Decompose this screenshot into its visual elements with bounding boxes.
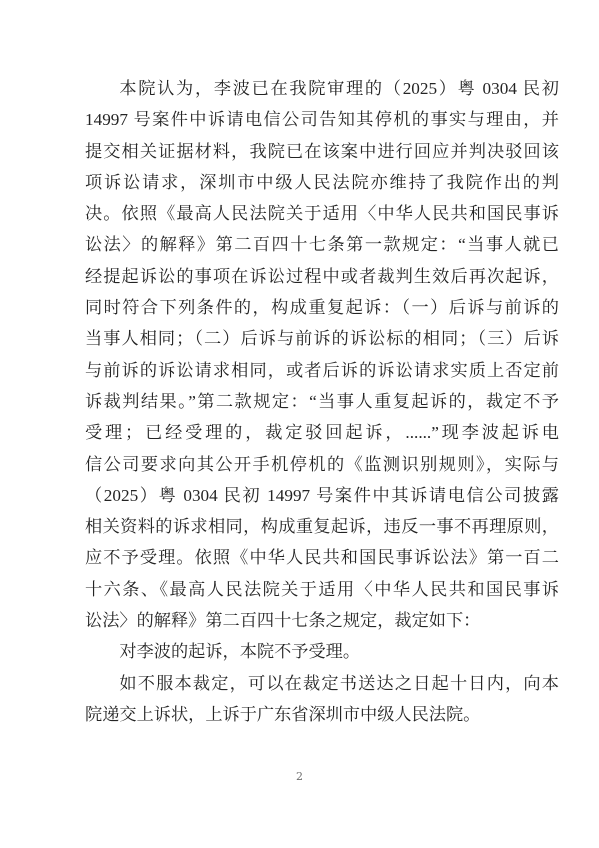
text-line: 十六条、《最高人民法院关于适用〈中华人民共和国民事诉: [85, 574, 559, 605]
text-line: 受理；已经受理的，裁定驳回起诉，......”现李波起诉电: [85, 417, 559, 448]
text-line: 同时符合下列条件的，构成重复起诉：（一）后诉与前诉的: [85, 292, 559, 323]
text-line: 应不予受理。依照《中华人民共和国民事诉讼法》第一百二: [85, 542, 559, 573]
paragraph-ruling: 对李波的起诉，本院不予受理。: [85, 636, 559, 667]
text-line: 对李波的起诉，本院不予受理。: [85, 636, 559, 667]
paragraph-appeal-instructions: 如不服本裁定，可以在裁定书送达之日起十日内，向本 院递交上诉状，上诉于广东省深圳…: [85, 668, 559, 731]
text-line: 如不服本裁定，可以在裁定书送达之日起十日内，向本: [85, 668, 559, 699]
text-line: 提交相关证据材料，我院已在该案中进行回应并判决驳回该: [85, 136, 559, 167]
text-line: 当事人相同；（二）后诉与前诉的诉讼标的相同；（三）后诉: [85, 323, 559, 354]
text-line: （2025）粤 0304 民初 14997 号案件中其诉请电信公司披露: [85, 480, 559, 511]
text-line: 院递交上诉状，上诉于广东省深圳市中级人民法院。: [85, 699, 559, 730]
text-line: 与前诉的诉讼请求相同，或者后诉的诉讼请求实质上否定前: [85, 355, 559, 386]
text-line: 诉裁判结果。”第二款规定：“当事人重复起诉的，裁定不予: [85, 386, 559, 417]
text-line: 讼法〉的解释》第二百四十七条之规定，裁定如下：: [85, 605, 559, 636]
paragraph-court-analysis: 本院认为，李波已在我院审理的（2025）粤 0304 民初 14997 号案件中…: [85, 73, 559, 636]
text-line: 决。依照《最高人民法院关于适用〈中华人民共和国民事诉: [85, 198, 559, 229]
text-line: 讼法〉的解释》第二百四十七条第一款规定：“当事人就已: [85, 229, 559, 260]
text-line: 经提起诉讼的事项在诉讼过程中或者裁判生效后再次起诉，: [85, 261, 559, 292]
text-line: 项诉讼请求，深圳市中级人民法院亦维持了我院作出的判: [85, 167, 559, 198]
text-line: 相关资料的诉求相同，构成重复起诉，违反一事不再理原则，: [85, 511, 559, 542]
document-body: 本院认为，李波已在我院审理的（2025）粤 0304 民初 14997 号案件中…: [85, 73, 559, 730]
text-line: 本院认为，李波已在我院审理的（2025）粤 0304 民初: [85, 73, 559, 104]
text-line: 信公司要求向其公开手机停机的《监测识别规则》，实际与: [85, 449, 559, 480]
text-line: 14997 号案件中诉请电信公司告知其停机的事实与理由，并: [85, 104, 559, 135]
page-number: 2: [0, 770, 599, 784]
